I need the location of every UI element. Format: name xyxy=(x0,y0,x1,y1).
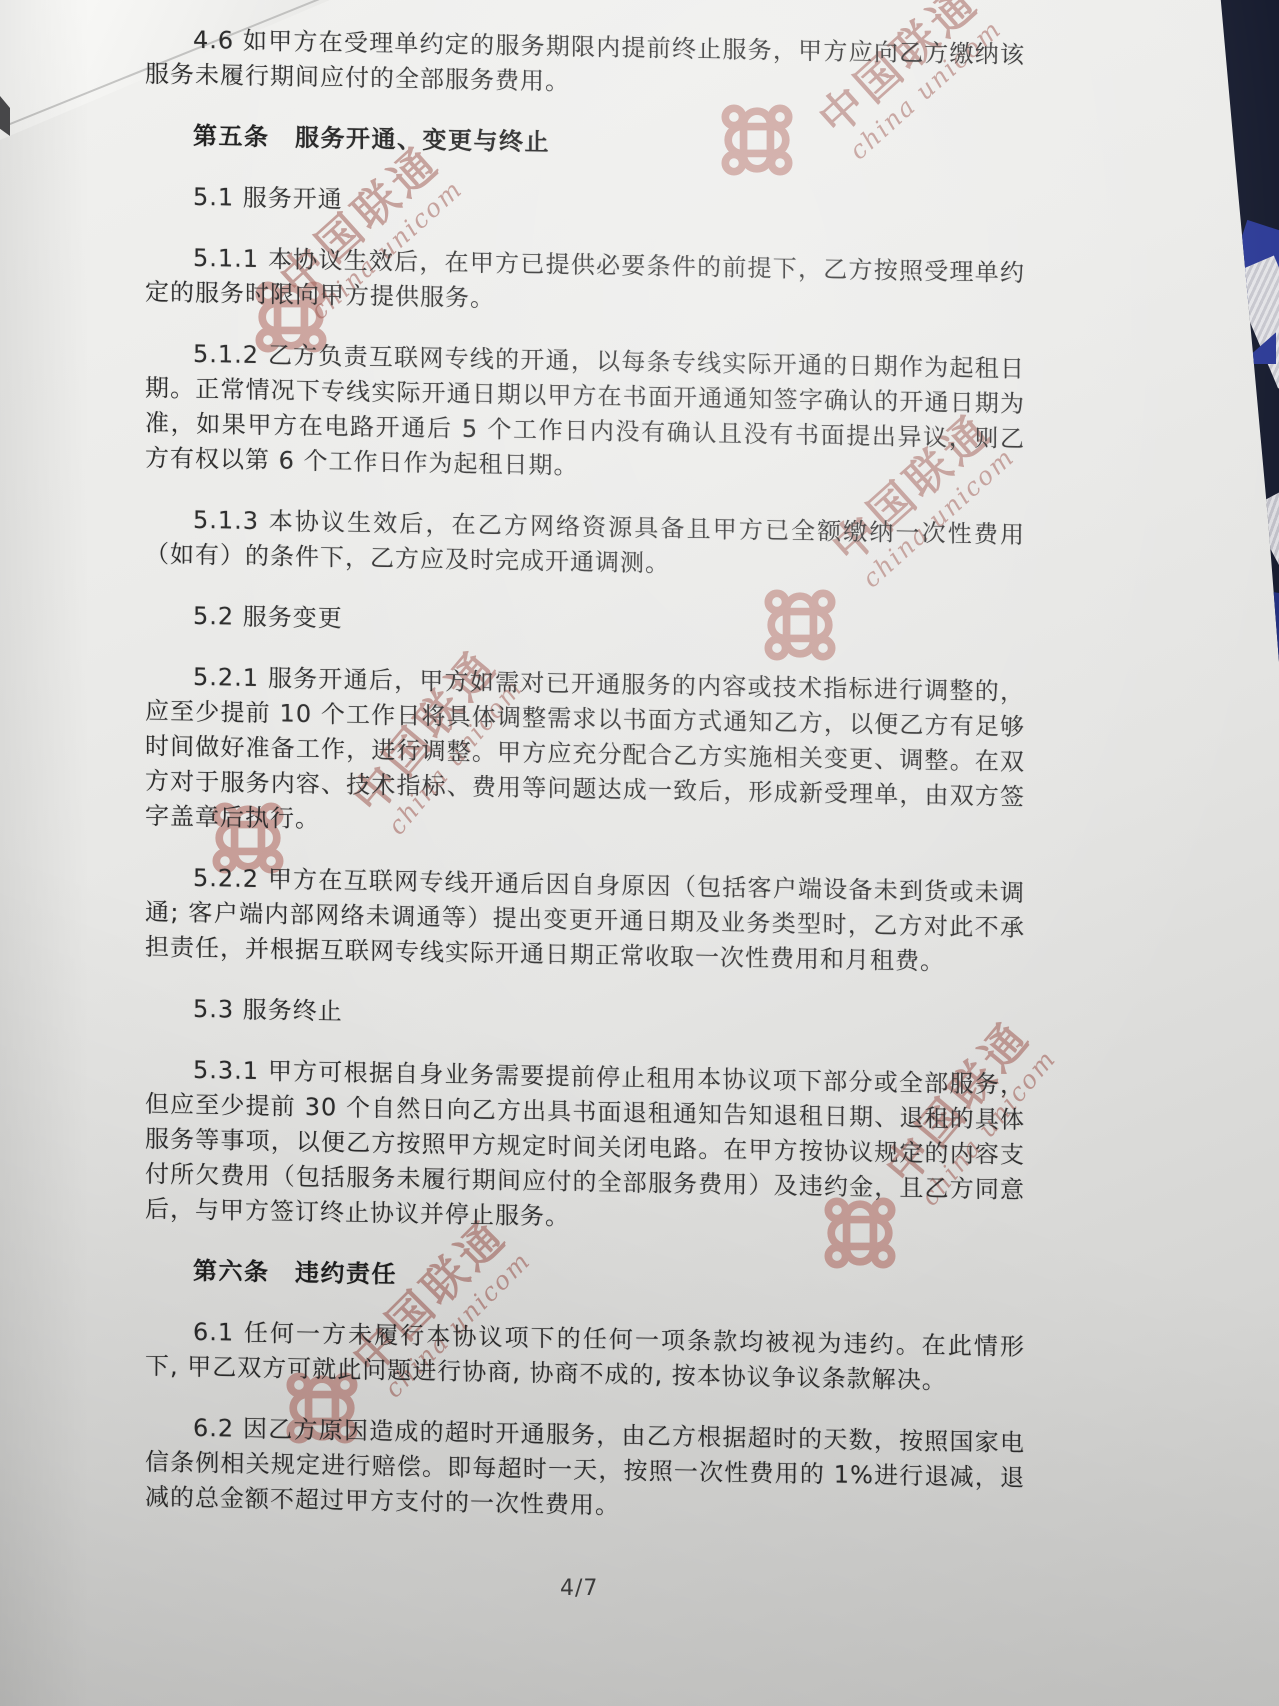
clause-5-1: 5.1 服务开通 xyxy=(145,179,1025,230)
contract-body: 4.6 如甲方在受理单约定的服务期限内提前终止服务，甲方应向乙方缴纳该服务未履行… xyxy=(145,22,1025,1557)
clause-5-3: 5.3 服务终止 xyxy=(145,991,1025,1042)
photographed-contract-page: 中国联通 china unicom 中国联通 china unicom 中国联通… xyxy=(0,0,1279,1706)
clause-5-2: 5.2 服务变更 xyxy=(145,598,1025,649)
clause-4-6: 4.6 如甲方在受理单约定的服务期限内提前终止服务，甲方应向乙方缴纳该服务未履行… xyxy=(145,22,1025,108)
clause-5-2-2: 5.2.2 甲方在互联网专线开通后因自身原因（包括客户端设备未到货或未调通; 客… xyxy=(145,860,1025,981)
clause-5-1-1: 5.1.1 本协议生效后，在甲方已提供必要条件的前提下，乙方按照受理单约定的服务… xyxy=(145,240,1025,326)
clause-5-2-1: 5.2.1 服务开通后，甲方如需对已开通服务的内容或技术指标进行调整的，应至少提… xyxy=(145,659,1025,850)
clause-5-1-2: 5.1.2 乙方负责互联网专线的开通，以每条专线实际开通的日期作为起租日期。正常… xyxy=(145,336,1025,492)
heading-article-5: 第五条 服务开通、变更与终止 xyxy=(145,118,1025,169)
page-number: 4/7 xyxy=(560,1576,598,1601)
clause-6-1: 6.1 任何一方未履行本协议项下的任何一项条款均被视为违约。在此情形下, 甲乙双… xyxy=(145,1314,1025,1400)
folder-strap xyxy=(1249,491,1279,608)
folder-strap xyxy=(1230,256,1279,389)
heading-article-6: 第六条 违约责任 xyxy=(145,1253,1025,1304)
folder-cover-background xyxy=(1208,0,1279,662)
clause-5-1-3: 5.1.3 本协议生效后，在乙方网络资源具备且甲方已全额缴纳一次性费用（如有）的… xyxy=(145,502,1025,588)
clause-6-2: 6.2 因乙方原因造成的超时开通服务，由乙方根据超时的天数，按照国家电信条例相关… xyxy=(145,1410,1025,1531)
clause-5-3-1: 5.3.1 甲方可根据自身业务需要提前停止租用本协议项下部分或全部服务，但应至少… xyxy=(145,1052,1025,1243)
folder-blue-patch xyxy=(1240,588,1279,662)
